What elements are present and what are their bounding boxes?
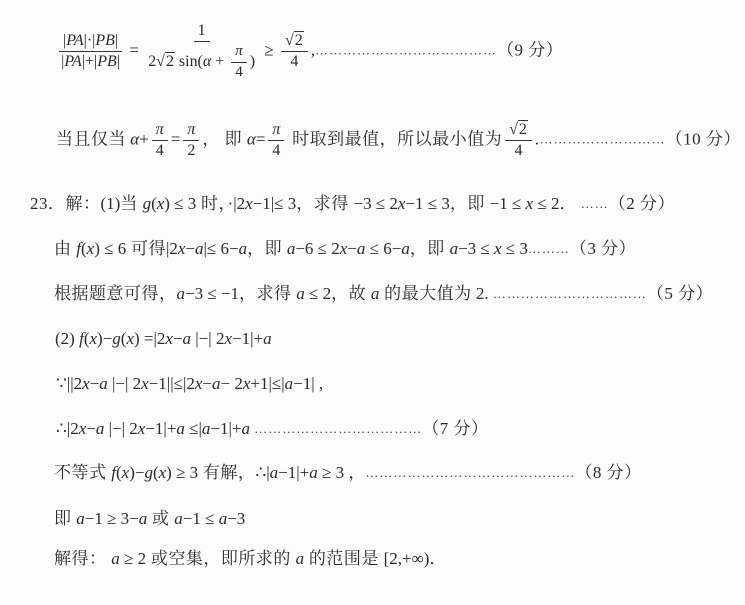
radicand: 2 <box>165 52 175 71</box>
document-page: |PA|·|PB||PA|+|PB| = 12√2 sin(α + π4) ≥ … <box>0 0 745 605</box>
text-segment: g <box>143 194 152 213</box>
text-segment: ≤| <box>185 419 202 438</box>
radicand: 2 <box>518 120 528 139</box>
fraction-numerator: π <box>268 121 284 141</box>
text-segment: −3 ≤ <box>458 239 494 258</box>
text-segment: 当且仅当 <box>56 129 126 148</box>
text-segment: ………………………………… <box>315 42 497 57</box>
text-segment: sin( <box>175 53 203 71</box>
text-segment: a <box>76 509 85 528</box>
text-segment: 的范围是 <box>304 549 384 568</box>
formula-pa-pb-min: |PA|·|PB||PA|+|PB| = 12√2 sin(α + π4) ≥ … <box>56 22 563 81</box>
line-part2-definition: (2) f(x)−g(x) =|2x−a |−| 2x−1|+a <box>55 328 272 349</box>
text-segment: 时取到最值，所以最小值为 <box>287 129 502 148</box>
text-segment: ·|2 <box>228 194 246 213</box>
fraction-denominator: |PA|+|PB| <box>59 52 122 71</box>
text-segment: a <box>183 329 192 348</box>
line-case-split: 即 a−1 ≥ 3−a 或 a−1 ≤ a−3 <box>54 508 245 529</box>
text-segment: PA <box>66 32 83 50</box>
text-segment: −1 ≤ <box>183 509 219 528</box>
fraction: √24 <box>505 120 532 161</box>
text-segment: a <box>296 284 305 303</box>
text-segment: 4 <box>272 142 280 160</box>
text-segment: （5 分） <box>647 284 713 303</box>
text-segment: x <box>494 239 502 258</box>
text-segment: −1 ≤ 3 <box>405 194 449 213</box>
text-segment: 4 <box>290 53 298 71</box>
text-segment: π <box>272 121 280 139</box>
text-segment: a <box>450 239 459 258</box>
text-segment: 或 <box>147 509 174 528</box>
text-segment: a <box>195 239 204 258</box>
line-a-max-value: 根据题意可得，a−3 ≤ −1，求得 a ≤ 2，故 a 的最大值为 2. ……… <box>54 283 713 304</box>
radical-sign-icon: √ <box>509 121 518 139</box>
text-segment: [2,+∞)． <box>384 549 447 568</box>
text-segment: 的最大值为 <box>379 284 471 303</box>
text-segment: |−| 2 <box>108 374 141 393</box>
text-segment: |·| <box>84 32 96 50</box>
text-segment: | <box>117 53 120 71</box>
line-fx-le-6: 由 f(x) ≤ 6 可得|2x−a|≤ 6−a，即 a−6 ≤ 2x−a ≤ … <box>54 238 636 259</box>
text-segment: x <box>165 329 173 348</box>
fraction-numerator: π <box>152 121 168 141</box>
fraction-numerator: √2 <box>281 31 308 52</box>
fraction: √24 <box>281 31 308 72</box>
text-segment: −1|+ <box>232 329 263 348</box>
text-segment: −1| , <box>293 374 323 393</box>
text-segment: 2 <box>148 53 156 71</box>
radicand: 2 <box>294 31 304 50</box>
text-segment: （3 分） <box>570 239 636 258</box>
text-segment: ≤ 3 <box>502 239 528 258</box>
fraction: 12√2 sin(α + π4) <box>146 22 257 81</box>
text-segment: = <box>256 129 266 148</box>
text-segment: |−| 2 <box>104 419 137 438</box>
text-segment: π <box>187 121 195 139</box>
text-segment: − <box>347 239 357 258</box>
text-segment: ……………………… <box>540 131 666 146</box>
text-segment: a <box>296 549 305 568</box>
text-segment: 2 <box>187 142 195 160</box>
fraction-denominator: 2√2 sin(α + π4) <box>146 42 257 81</box>
text-segment: 可得 <box>126 239 166 258</box>
text-segment: |2 <box>166 239 178 258</box>
text-segment: a <box>401 239 410 258</box>
text-segment: π <box>156 121 164 139</box>
text-segment: a <box>111 549 120 568</box>
text-segment: −1|≤ 3 <box>253 194 297 213</box>
fraction-denominator: 4 <box>513 141 525 160</box>
text-segment: （10 分） <box>666 129 741 148</box>
text-segment: PB <box>95 32 115 50</box>
sqrt-radical: √2 <box>285 31 304 50</box>
text-segment: ， 即 <box>202 129 247 148</box>
text-segment: x <box>126 329 134 348</box>
text-segment: ≤ 6− <box>365 239 401 258</box>
text-segment: −3 ≤ 2 <box>354 194 398 213</box>
fraction-denominator: 4 <box>233 63 245 81</box>
fraction: π4 <box>268 121 284 161</box>
text-segment: a <box>177 284 186 303</box>
fraction: |PA|·|PB||PA|+|PB| <box>59 32 122 72</box>
text-segment: ，故 <box>331 284 371 303</box>
text-segment: x <box>82 374 90 393</box>
text-segment: ) =|2 <box>134 329 165 348</box>
text-segment: ∴|2 <box>56 419 79 438</box>
text-segment: a <box>176 419 185 438</box>
text-segment: PA <box>64 53 81 71</box>
fraction-numerator: √2 <box>505 120 532 141</box>
text-segment: ) ≥ 3 <box>166 463 198 482</box>
text-segment: −1 ≥ 3− <box>85 509 139 528</box>
text-segment: 23．解： <box>30 194 101 213</box>
text-segment: ≥ <box>260 40 278 59</box>
text-segment: −3 ≤ −1 <box>185 284 239 303</box>
text-segment: x <box>141 374 149 393</box>
text-segment: （8 分） <box>575 463 641 482</box>
text-segment: 2. <box>472 284 493 303</box>
fraction: π4 <box>152 121 168 161</box>
text-segment: −1|+ <box>145 419 176 438</box>
text-segment: ≥ 2 <box>120 549 146 568</box>
text-segment: a <box>285 374 294 393</box>
fraction-numerator: 1 <box>194 22 210 42</box>
text-segment: = <box>125 40 143 59</box>
text-segment: −1||≤|2 <box>149 374 195 393</box>
text-segment: a <box>219 509 228 528</box>
text-segment: （9 分） <box>497 40 563 59</box>
text-segment: −1 ≤ <box>490 194 526 213</box>
fraction-denominator: 4 <box>270 141 282 160</box>
text-segment: ∵||2 <box>56 374 82 393</box>
text-segment: a <box>309 463 318 482</box>
text-segment: ) ≤ 6 <box>94 239 126 258</box>
text-segment: 有解， <box>198 463 255 482</box>
text-segment: −3 <box>227 509 245 528</box>
text-segment: x <box>526 194 534 213</box>
text-segment: 1 <box>198 22 206 40</box>
text-segment: |≤ 6− <box>204 239 239 258</box>
text-segment: )− <box>129 463 144 482</box>
text-segment: ) <box>250 53 255 71</box>
line-inequality-has-solution: 不等式 f(x)−g(x) ≥ 3 有解，∴|a−1|+a ≥ 3 ，……………… <box>54 462 642 483</box>
text-segment: α <box>247 129 256 148</box>
text-segment: π <box>235 43 243 60</box>
text-segment: ……… <box>528 241 570 256</box>
text-segment: ，即 <box>247 239 287 258</box>
fraction-numerator: π <box>231 43 247 62</box>
text-segment: (1) <box>101 194 121 213</box>
text-segment: a <box>212 374 221 393</box>
text-segment: ，求得 <box>239 284 296 303</box>
text-segment: ≤ 2 <box>305 284 331 303</box>
text-segment: +1|≤| <box>250 374 284 393</box>
text-segment: 当 <box>120 194 142 213</box>
text-segment: −1|+ <box>278 463 309 482</box>
text-segment: 解得： <box>54 549 111 568</box>
text-segment: (2) <box>55 329 79 348</box>
fraction-denominator: 4 <box>154 141 166 160</box>
text-segment: | <box>115 32 118 50</box>
text-segment: − <box>185 239 195 258</box>
text-segment: x <box>245 194 253 213</box>
text-segment: …… <box>581 196 609 211</box>
text-segment: + <box>211 53 228 71</box>
text-segment: − <box>86 419 96 438</box>
line-min-value-condition: 当且仅当 α+π4=π2， 即 α=π4 时取到最值，所以最小值为√24.………… <box>56 120 741 161</box>
sqrt-radical: √2 <box>509 120 528 139</box>
text-segment: g <box>112 329 121 348</box>
text-segment: |+| <box>82 53 97 71</box>
radical-sign-icon: √ <box>285 32 294 50</box>
text-segment: 由 <box>54 239 76 258</box>
sqrt-radical: √2 <box>156 52 175 71</box>
text-segment: + <box>139 129 149 148</box>
text-segment: ≤ 2． <box>533 194 581 213</box>
text-segment: − <box>202 374 212 393</box>
text-segment: x <box>89 329 97 348</box>
text-segment: a <box>174 509 183 528</box>
text-segment: …………………………… <box>493 286 647 301</box>
fraction-numerator: |PA|·|PB| <box>59 32 122 52</box>
text-segment: （2 分） <box>609 194 675 213</box>
text-segment: a <box>99 374 108 393</box>
line-because-inequality: ∵||2x−a |−| 2x−1||≤|2x−a− 2x+1|≤|a−1| , <box>56 373 323 394</box>
text-segment: − <box>173 329 183 348</box>
text-segment: α <box>126 129 139 148</box>
text-segment: 4 <box>156 142 164 160</box>
text-segment: 时， <box>196 194 227 213</box>
text-segment: 或空集，即所求的 <box>146 549 296 568</box>
text-segment: |−| 2 <box>191 329 224 348</box>
text-segment: a <box>270 463 279 482</box>
line-therefore-upper-bound: ∴|2x−a |−| 2x−1|+a ≤|a−1|+a ………………………………… <box>56 418 488 439</box>
text-segment: )− <box>97 329 112 348</box>
text-segment: ……………………………………… <box>365 465 575 480</box>
text-segment: ) ≤ 3 <box>164 194 196 213</box>
fraction: π2 <box>183 121 199 161</box>
text-segment: 根据题意可得， <box>54 284 177 303</box>
text-segment: 即 <box>54 509 76 528</box>
text-segment: a <box>263 329 272 348</box>
text-segment: x <box>224 329 232 348</box>
text-segment: ……………………………… <box>254 421 422 436</box>
text-segment: 4 <box>235 64 243 81</box>
text-segment: = <box>171 129 181 148</box>
text-segment: a <box>239 239 248 258</box>
text-segment: a <box>139 509 148 528</box>
text-segment: ，求得 <box>296 194 353 213</box>
text-segment: （7 分） <box>422 419 488 438</box>
fraction-denominator: 2 <box>185 141 197 160</box>
text-segment: − 2 <box>221 374 243 393</box>
text-segment: ≥ 3 ， <box>318 463 366 482</box>
radical-sign-icon: √ <box>156 53 165 71</box>
text-segment: −6 ≤ 2 <box>295 239 339 258</box>
line-final-answer: 解得： a ≥ 2 或空集，即所求的 a 的范围是 [2,+∞)． <box>54 548 446 569</box>
fraction: π4 <box>231 43 247 81</box>
text-segment: ∴| <box>255 463 269 482</box>
text-segment: 4 <box>515 142 523 160</box>
fraction-denominator: 4 <box>288 52 300 71</box>
text-segment: ，即 <box>450 194 490 213</box>
fraction-numerator: π <box>183 121 199 141</box>
text-segment: 不等式 <box>54 463 111 482</box>
text-segment: a <box>241 419 250 438</box>
text-segment: − <box>90 374 100 393</box>
text-segment: −1|+ <box>210 419 241 438</box>
text-segment: α <box>203 53 211 71</box>
text-segment: g <box>144 463 153 482</box>
text-segment: ，即 <box>410 239 450 258</box>
text-segment: PB <box>97 53 117 71</box>
line-23-part1-start: 23．解：(1)当 g(x) ≤ 3 时，·|2x−1|≤ 3，求得 −3 ≤ … <box>30 193 675 214</box>
